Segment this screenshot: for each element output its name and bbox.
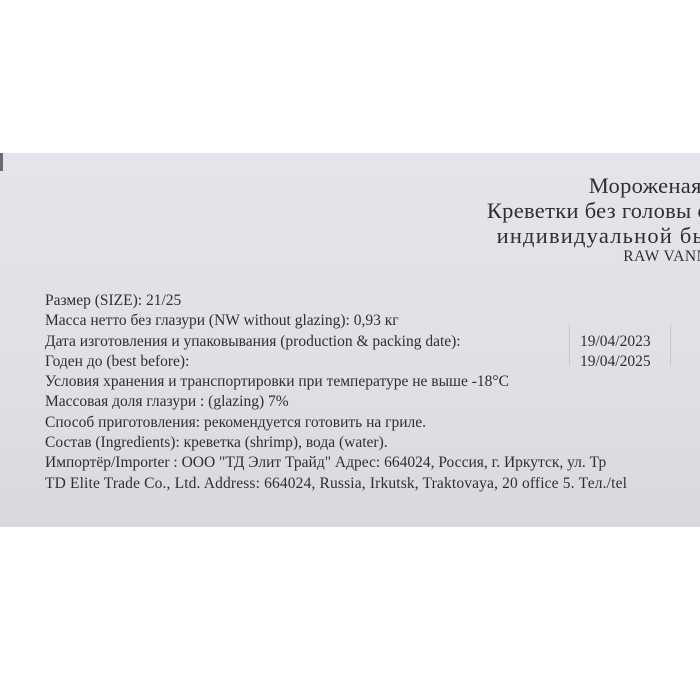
heading-line-2: Креветки без головы оч	[487, 198, 700, 223]
heading-line-1: Мороженая п	[487, 173, 700, 198]
storage-conditions-row: Условия хранения и транспортировки при т…	[45, 372, 627, 392]
production-date-label: Дата изготовления и упаковывания (produc…	[45, 333, 461, 350]
edge-mark	[0, 153, 3, 171]
net-weight-row: Масса нетто без глазури (NW without glaz…	[45, 311, 627, 331]
importer-row: Импортёр/Importer : ООО "ТД Элит Трайд" …	[45, 453, 627, 473]
importer-en-row: TD Elite Trade Co., Ltd. Address: 664024…	[45, 474, 627, 494]
glazing-row: Массовая доля глазури : (glazing) 7%	[45, 392, 627, 412]
best-before-value: 19/04/2025	[580, 352, 651, 372]
heading-line-3: индивидуальной быс	[487, 223, 700, 248]
cooking-method-row: Способ приготовления: рекомендуется гото…	[45, 413, 627, 433]
size-row: Размер (SIZE): 21/25	[45, 291, 627, 311]
best-before-label: Годен до (best before):	[45, 353, 189, 370]
product-label-photo: Мороженая п Креветки без головы оч индив…	[0, 0, 700, 700]
production-date-value: 19/04/2023	[580, 332, 651, 352]
label-heading: Мороженая п Креветки без головы оч индив…	[487, 173, 700, 265]
label-sheet: Мороженая п Креветки без головы оч индив…	[0, 153, 700, 527]
best-before-row: Годен до (best before): 19/04/2025	[45, 352, 627, 372]
production-date-row: Дата изготовления и упаковывания (produc…	[45, 332, 627, 352]
label-details: Размер (SIZE): 21/25 Масса нетто без гла…	[45, 291, 627, 494]
ingredients-row: Состав (Ingredients): креветка (shrimp),…	[45, 433, 627, 453]
heading-line-4: RAW VANNA	[487, 248, 700, 265]
